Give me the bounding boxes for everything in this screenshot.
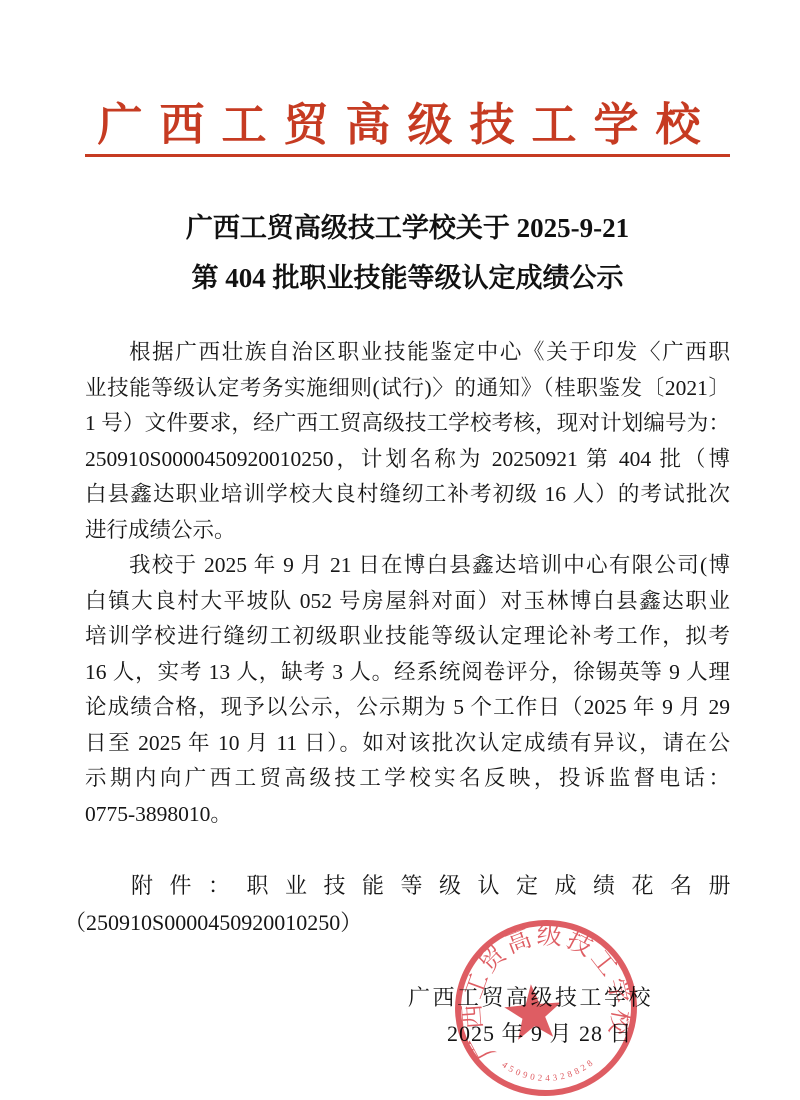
body-line: 进行成绩公示。 — [85, 513, 730, 549]
body-line: 培训学校进行缝纫工初级职业技能等级认定理论补考工作，拟考 — [85, 619, 730, 655]
header-rule — [85, 154, 730, 157]
notice-title: 广西工贸高级技工学校关于 2025-9-21 第 404 批职业技能等级认定成绩… — [85, 203, 730, 303]
seal-ring-text: 广西工贸高级技工学校 — [452, 913, 640, 1065]
seal-star-icon — [502, 982, 564, 1041]
notice-title-line1: 广西工贸高级技工学校关于 2025-9-21 — [85, 203, 730, 253]
body-line: 业技能等级认定考务实施细则(试行)〉的通知》（桂职鉴发〔2021〕 — [85, 371, 730, 407]
body-line: 250910S0000450920010250，计划名称为 20250921 第… — [85, 442, 730, 478]
attachment-label: 附件：职业技能等级认定成绩花名册 — [131, 869, 747, 900]
notice-body: 根据广西壮族自治区职业技能鉴定中心《关于印发〈广西职 业技能等级认定考务实施细则… — [85, 335, 730, 832]
official-seal-icon: 广西工贸高级技工学校 4509024328828 — [443, 910, 650, 1100]
document-page: 广西工贸高级技工学校 广西工贸高级技工学校关于 2025-9-21 第 404 … — [0, 0, 800, 1100]
svg-text:广西工贸高级技工学校: 广西工贸高级技工学校 — [452, 913, 640, 1065]
body-line: 白县鑫达职业培训学校大良村缝纫工补考初级 16 人）的考试批次 — [85, 477, 730, 513]
body-line: 1 号）文件要求，经广西工贸高级技工学校考核，现对计划编号为： — [85, 406, 730, 442]
seal-code: 4509024328828 — [500, 1052, 597, 1087]
body-line: 论成绩合格，现予以公示，公示期为 5 个工作日（2025 年 9 月 29 — [85, 690, 730, 726]
notice-title-line2: 第 404 批职业技能等级认定成绩公示 — [85, 253, 730, 303]
school-name-header: 广西工贸高级技工学校 — [85, 88, 730, 153]
attachment-plan-number: （250910S0000450920010250） — [64, 906, 362, 937]
body-line: 日至 2025 年 10 月 11 日）。如对该批次认定成绩有异议，请在公 — [85, 726, 730, 762]
body-line: 根据广西壮族自治区职业技能鉴定中心《关于印发〈广西职 — [85, 335, 730, 371]
body-line: 示期内向广西工贸高级技工学校实名反映，投诉监督电话： — [85, 761, 730, 797]
body-line: 我校于 2025 年 9 月 21 日在博白县鑫达培训中心有限公司(博 — [85, 548, 730, 584]
body-line: 16 人，实考 13 人，缺考 3 人。经系统阅卷评分，徐锡英等 9 人理 — [85, 655, 730, 691]
svg-text:4509024328828: 4509024328828 — [500, 1052, 597, 1087]
body-line: 0775-3898010。 — [85, 797, 730, 833]
body-line: 白镇大良村大平坡队 052 号房屋斜对面）对玉林博白县鑫达职业 — [85, 584, 730, 620]
